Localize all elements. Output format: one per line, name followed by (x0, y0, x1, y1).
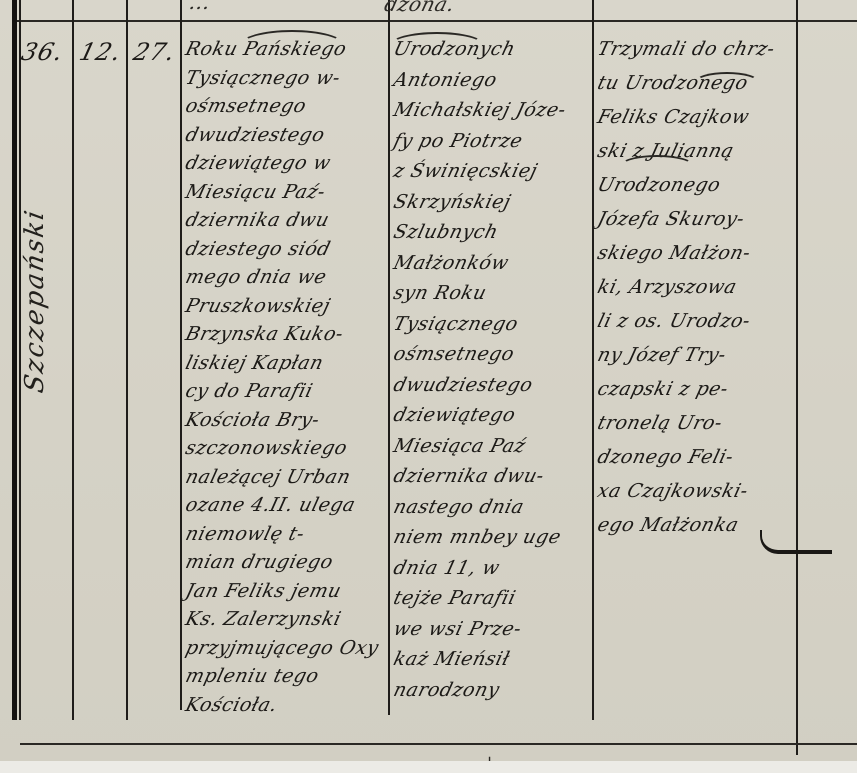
margin-surname: Szczepański (20, 207, 50, 396)
parents-line: Skrzyńskiej (391, 191, 513, 213)
day-number: 27. (131, 38, 179, 66)
house-number: 12. (77, 38, 125, 66)
footer-mark: + (482, 752, 497, 773)
entry-number: 36. (19, 38, 67, 66)
column-rule (388, 0, 390, 715)
parents-line: ośmsetnego (391, 343, 516, 365)
godparents-line: Trzymali do chrz- (595, 38, 777, 60)
godparents-line: Józefa Skuroy- (595, 208, 747, 230)
parents-line: Miesiąca Paź (391, 435, 528, 457)
declaration-line: Pruszkowskiej (183, 295, 333, 317)
parents-line: każ Mieńsił (391, 648, 512, 670)
flourish (620, 155, 694, 177)
parents-line: niem mnbey uge (391, 526, 563, 548)
declaration-line: dwudziestego (183, 124, 327, 146)
column-rule (796, 0, 798, 755)
declaration-line: niemowlę t- (183, 523, 307, 545)
declaration-line: mpleniu tego (183, 665, 321, 687)
parents-line: dwudziestego (391, 374, 535, 396)
parents-line: Szlubnych (391, 221, 500, 243)
godparents-line: ego Małżonka (595, 514, 741, 536)
godparents-line: skiego Małżon- (595, 242, 753, 264)
header-rule (14, 20, 857, 22)
flourish (695, 72, 759, 92)
declaration-line: cy do Parafii (183, 380, 315, 402)
parents-line: syn Roku (391, 282, 489, 304)
declaration-line: liskiej Kapłan (183, 352, 326, 374)
godparents-line: ki, Arzyszowa (595, 276, 739, 298)
left-border-rule (12, 0, 17, 720)
parents-line: z Świnięcskiej (391, 160, 540, 182)
footer-rule (20, 743, 857, 745)
parents-line: Małżonków (391, 252, 511, 274)
declaration-line: Miesiącu Paź- (183, 181, 328, 203)
parents-line: dnia 11, w (391, 557, 502, 579)
godparents-line: ny Józef Try- (595, 344, 728, 366)
parents-line: Antoniego (391, 69, 499, 91)
parents-line: dziernika dwu- (391, 465, 546, 487)
declaration-line: Ks. Zalerzynski (183, 608, 343, 630)
declaration-line: szczonowskiego (183, 437, 349, 459)
parents-line: tejże Parafii (391, 587, 518, 609)
header-fragment-mid: dzona. (382, 0, 458, 16)
parents-line: fy po Piotrze (391, 130, 525, 152)
parents-line: nastego dnia (391, 496, 526, 518)
declaration-line: dziewiątego w (183, 152, 333, 174)
flourish (240, 30, 344, 60)
parents-line: narodzony (391, 679, 502, 701)
godparents-line: czapski z pe- (595, 378, 730, 400)
parents-line: Michałskiej Józe- (391, 99, 568, 121)
column-rule (126, 0, 128, 720)
godparents-line: tronelą Uro- (595, 412, 725, 434)
declaration-line: Jan Feliks jemu (183, 580, 343, 602)
end-flourish (760, 530, 832, 554)
column-rule (72, 0, 74, 720)
declaration-line: dziestego siód (183, 238, 333, 260)
godparents-line: li z os. Urodzo- (595, 310, 753, 332)
header-fragment-left: ... (187, 0, 214, 14)
declaration-line: Tysiącznego w- (183, 67, 343, 89)
godparents-line: dzonego Feli- (595, 446, 736, 468)
declaration-line: Kościoła. (183, 694, 280, 716)
declaration-line: ozane 4.II. ulega (183, 494, 358, 516)
declaration-line: ośmsetnego (183, 95, 308, 117)
parents-line: Tysiącznego (391, 313, 520, 335)
godparents-line: Urodzonego (595, 174, 723, 196)
parents-line: we wsi Prze- (391, 618, 524, 640)
flourish (390, 32, 484, 58)
parents-line: dziewiątego (391, 404, 518, 426)
column-rule (592, 0, 594, 720)
declaration-line: przyjmującego Oxy (183, 637, 381, 659)
column-rule (180, 0, 182, 710)
declaration-line: dziernika dwu (183, 209, 331, 231)
godparents-line: xa Czajkowski- (595, 480, 750, 502)
declaration-line: Kościoła Bry- (183, 409, 322, 431)
declaration-line: należącej Urban (183, 466, 353, 488)
godparents-line: Feliks Czajkow (595, 106, 751, 128)
declaration-line: mian drugiego (183, 551, 335, 573)
declaration-line: mego dnia we (183, 266, 329, 288)
declaration-line: Brzynska Kuko- (183, 323, 346, 345)
register-page: ... dzona. 36. 12. 27. Szczepański Roku … (0, 0, 857, 773)
